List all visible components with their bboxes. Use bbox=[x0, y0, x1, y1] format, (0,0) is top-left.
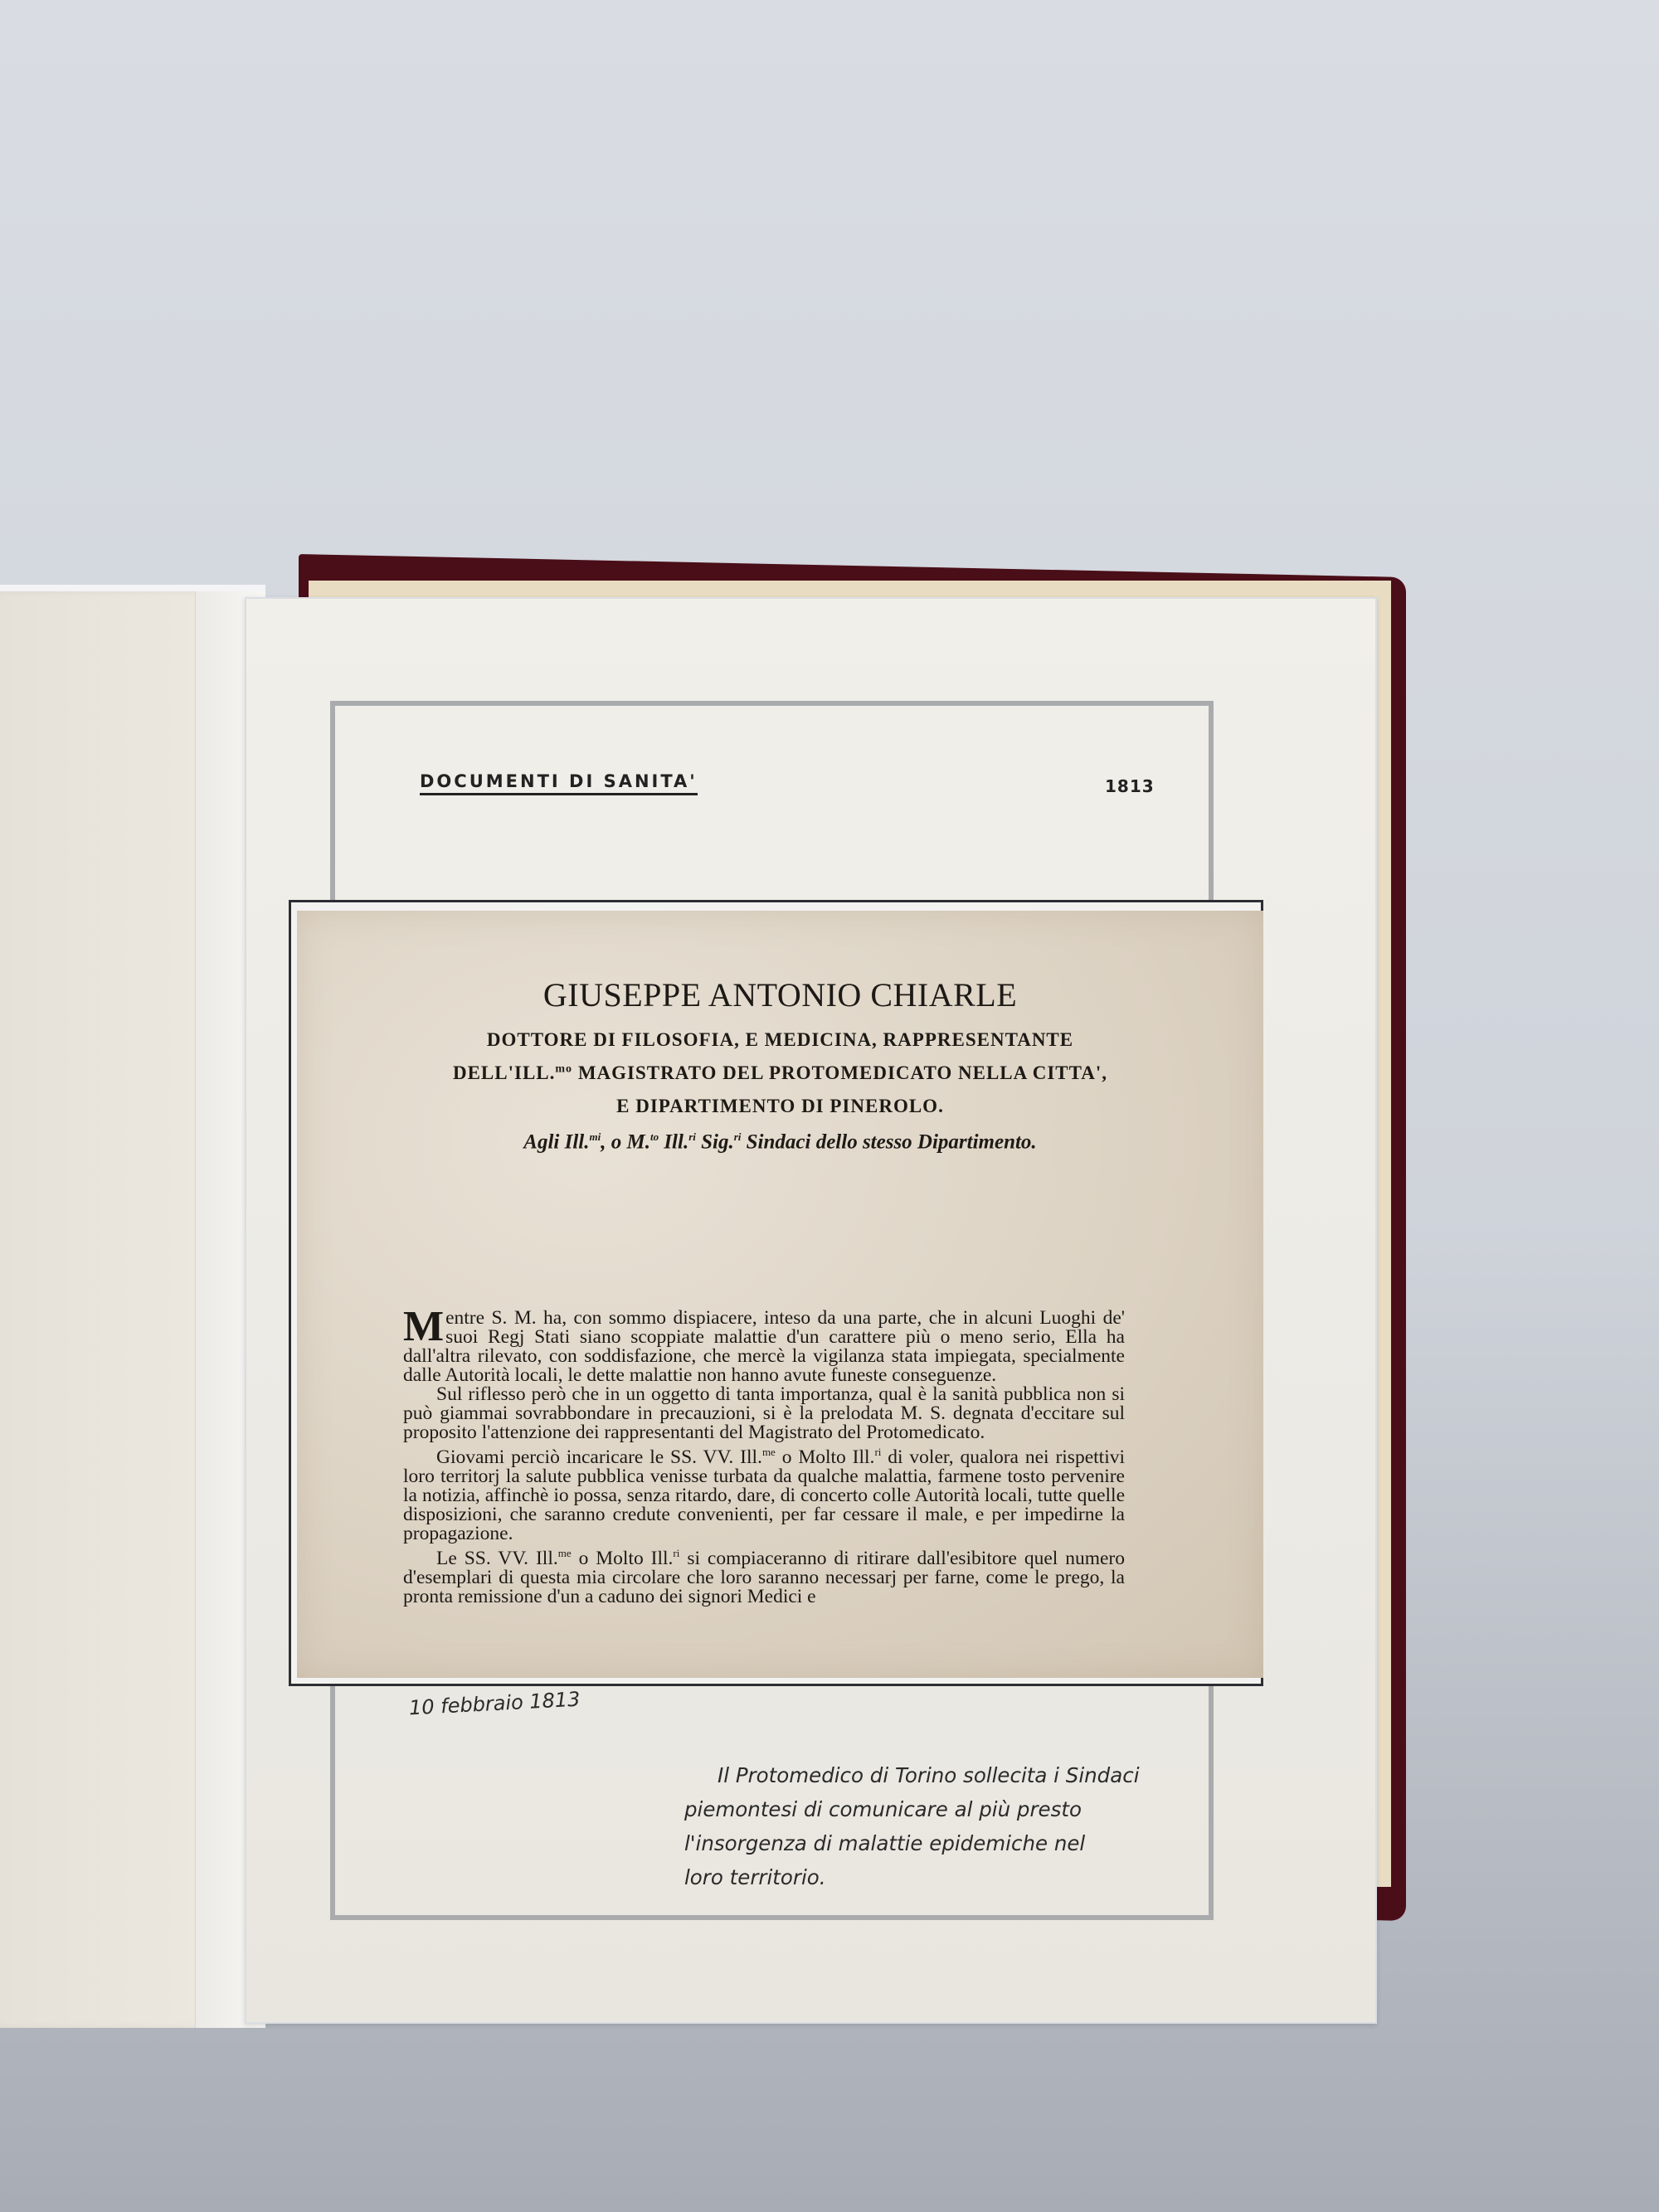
addr-sup: to bbox=[650, 1130, 659, 1143]
left-album-page bbox=[0, 585, 265, 2028]
drop-cap: M bbox=[403, 1310, 444, 1344]
body-paragraph-1: Mentre S. M. ha, con sommo dispiacere, i… bbox=[403, 1309, 1125, 1385]
historical-document: GIUSEPPE ANTONIO CHIARLE DOTTORE DI FILO… bbox=[297, 911, 1263, 1678]
addr-part: Sig. bbox=[696, 1130, 734, 1153]
album-section-title: DOCUMENTI DI SANITA' bbox=[420, 771, 698, 795]
handwritten-caption: Il Protomedico di Torino sollecita i Sin… bbox=[684, 1758, 1248, 1894]
addr-part: Agli Ill. bbox=[523, 1130, 589, 1153]
addr-sup: mi bbox=[589, 1130, 601, 1143]
subtitle-2-text-post: MAGISTRATO DEL PROTOMEDICATO NELLA CITTA… bbox=[572, 1062, 1107, 1083]
document-subtitle-3: E DIPARTIMENTO DI PINEROLO. bbox=[297, 1096, 1263, 1117]
album-year: 1813 bbox=[1105, 776, 1155, 796]
document-addressee: Agli Ill.mi, o M.to Ill.ri Sig.ri Sindac… bbox=[297, 1130, 1263, 1154]
document-title: GIUSEPPE ANTONIO CHIARLE bbox=[297, 975, 1263, 1014]
subtitle-2-text: DELL'ILL. bbox=[453, 1062, 555, 1083]
document-body: Mentre S. M. ha, con sommo dispiacere, i… bbox=[403, 1309, 1125, 1607]
caption-line: l'insorgenza di malattie epidemiche nel bbox=[684, 1826, 1248, 1860]
caption-line: loro territorio. bbox=[684, 1860, 1248, 1894]
para-sup: me bbox=[558, 1547, 572, 1559]
addr-sup: ri bbox=[688, 1130, 696, 1143]
para-text: entre S. M. ha, con sommo dispiacere, in… bbox=[403, 1307, 1125, 1386]
caption-line: piemontesi di comunicare al più presto bbox=[684, 1792, 1248, 1826]
document-subtitle-2: DELL'ILL.mo MAGISTRATO DEL PROTOMEDICATO… bbox=[297, 1062, 1263, 1084]
para-sup: me bbox=[762, 1446, 776, 1458]
addr-part: , o M. bbox=[601, 1130, 650, 1153]
body-paragraph-4: Le SS. VV. Ill.me o Molto Ill.ri si comp… bbox=[403, 1544, 1125, 1607]
addr-part: Sindaci dello stesso Dipartimento. bbox=[741, 1130, 1036, 1153]
subtitle-2-sup: mo bbox=[555, 1062, 572, 1075]
caption-line: Il Protomedico di Torino sollecita i Sin… bbox=[684, 1758, 1248, 1792]
body-paragraph-2: Sul riflesso però che in un oggetto di t… bbox=[403, 1385, 1125, 1442]
addr-part: Ill. bbox=[659, 1130, 688, 1153]
body-paragraph-3: Giovami perciò incaricare le SS. VV. Ill… bbox=[403, 1442, 1125, 1544]
document-subtitle-1: DOTTORE DI FILOSOFIA, E MEDICINA, RAPPRE… bbox=[297, 1029, 1263, 1051]
